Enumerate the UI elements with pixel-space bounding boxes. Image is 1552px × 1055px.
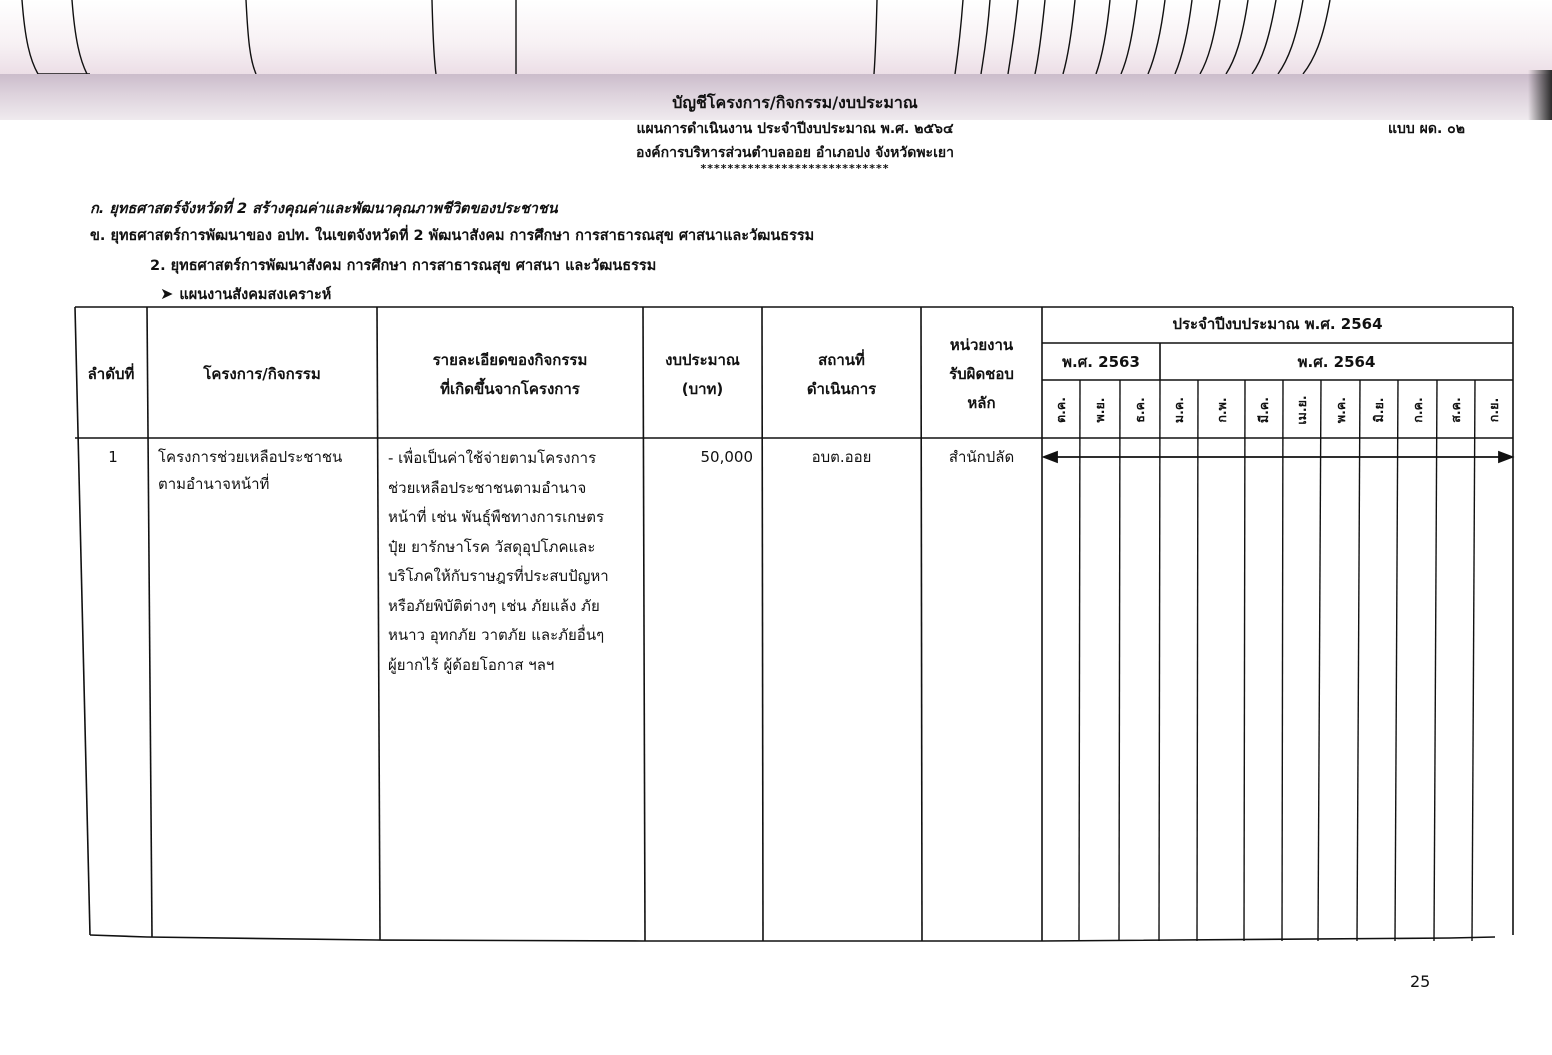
detail-line: - เพื่อเป็นค่าใช้จ่ายตามโครงการ: [388, 444, 643, 474]
arrow-bullet-icon: ➤: [160, 284, 173, 303]
form-code: แบบ ผด. ๐๒: [1388, 118, 1465, 140]
header-year-2564: พ.ศ. 2564: [1160, 350, 1513, 374]
title-separator: ****************************: [0, 162, 1552, 175]
document-subtitle: แผนการดำเนินงาน ประจำปีงบประมาณ พ.ศ. ๒๕๖…: [0, 118, 1552, 140]
detail-line: ปุ๋ย ยารักษาโรค วัสดุอุปโภคและ: [388, 533, 643, 563]
month-header: พ.ค.: [1331, 390, 1351, 430]
detail-line: หนาว อุทกภัย วาตภัย และภัยอื่นๆ: [388, 621, 643, 651]
detail-line: บริโภคให้กับราษฎรที่ประสบปัญหา: [388, 562, 643, 592]
plan-heading: ➤แผนงานสังคมสงเคราะห์: [160, 283, 331, 306]
month-header: ส.ค.: [1446, 390, 1466, 430]
month-header: ก.ย.: [1484, 390, 1504, 430]
header-project: โครงการ/กิจกรรม: [147, 362, 377, 386]
month-header: มิ.ย.: [1369, 390, 1389, 430]
organization-name: องค์การบริหารส่วนตำบลออย อำเภอปง จังหวัด…: [0, 142, 1552, 164]
header-location-line2: ดำเนินการ: [762, 377, 921, 401]
local-strategy: ข. ยุทธศาสตร์การพัฒนาของ อปท. ในเขตจังหว…: [90, 224, 814, 247]
row-project: โครงการช่วยเหลือประชาชน ตามอำนาจหน้าที่: [158, 444, 378, 498]
row-details: - เพื่อเป็นค่าใช้จ่ายตามโครงการ ช่วยเหลื…: [388, 444, 643, 680]
row-budget: 50,000: [643, 444, 753, 471]
month-header: ธ.ค.: [1130, 390, 1150, 430]
row-no: 1: [75, 444, 151, 471]
project-line: ตามอำนาจหน้าที่: [158, 471, 378, 498]
row-location: อบต.ออย: [762, 444, 921, 471]
header-budget-line2: (บาท): [643, 377, 762, 401]
header-agency-line1: หน่วยงาน: [921, 333, 1042, 357]
detail-line: หน้าที่ เช่น พันธุ์พืชทางการเกษตร: [388, 503, 643, 533]
header-budget-line1: งบประมาณ: [643, 348, 762, 372]
previous-page-binder: [0, 0, 1552, 80]
page-number: 25: [1410, 972, 1430, 991]
header-details-line2: ที่เกิดขึ้นจากโครงการ: [377, 377, 643, 401]
month-header: ม.ค.: [1169, 390, 1189, 430]
detail-line: ช่วยเหลือประชาชนตามอำนาจ: [388, 474, 643, 504]
detail-line: ผู้ยากไร้ ผู้ด้อยโอกาส ฯลฯ: [388, 651, 643, 681]
provincial-strategy: ก. ยุทธศาสตร์จังหวัดที่ 2 สร้างคุณค่าและ…: [90, 197, 558, 220]
row-agency: สำนักปลัด: [921, 444, 1042, 471]
month-header: ก.ค.: [1408, 390, 1428, 430]
month-header: ต.ค.: [1051, 390, 1071, 430]
header-agency-line2: รับผิดชอบ: [921, 362, 1042, 386]
header-year-2563: พ.ศ. 2563: [1042, 350, 1160, 374]
detail-line: หรือภัยพิบัติต่างๆ เช่น ภัยแล้ง ภัย: [388, 592, 643, 622]
development-strategy: 2. ยุทธศาสตร์การพัฒนาสังคม การศึกษา การส…: [150, 254, 656, 277]
month-header: พ.ย.: [1090, 390, 1110, 430]
document-title: บัญชีโครงการ/กิจกรรม/งบประมาณ: [0, 91, 1552, 116]
header-details-line1: รายละเอียดของกิจกรรม: [377, 348, 643, 372]
month-header: เม.ย.: [1292, 390, 1312, 430]
header-location-line1: สถานที่: [762, 348, 921, 372]
project-line: โครงการช่วยเหลือประชาชน: [158, 444, 378, 471]
plan-name: แผนงานสังคมสงเคราะห์: [179, 287, 331, 303]
header-agency-line3: หลัก: [921, 391, 1042, 415]
month-header: มี.ค.: [1254, 390, 1274, 430]
header-fiscal-year: ประจำปีงบประมาณ พ.ศ. 2564: [1042, 312, 1513, 336]
month-header: ก.พ.: [1212, 390, 1232, 430]
header-no: ลำดับที่: [75, 362, 147, 386]
binder-curves: [0, 0, 1552, 80]
